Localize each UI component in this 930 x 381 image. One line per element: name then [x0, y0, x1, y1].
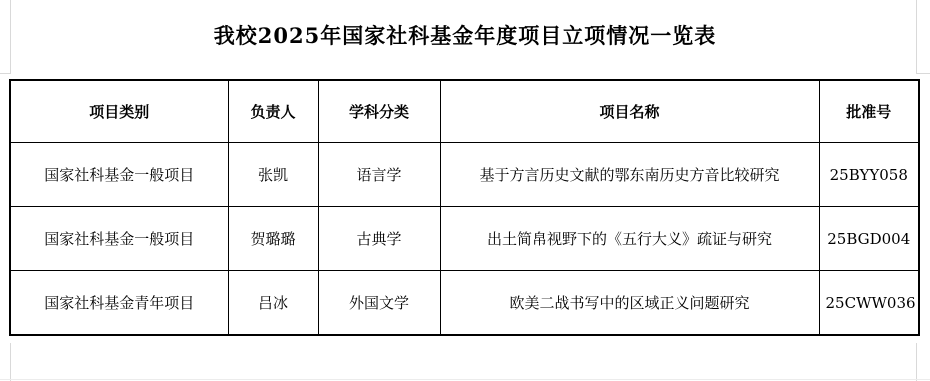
gridline [10, 343, 11, 381]
gridline [916, 343, 917, 381]
grant-projects-table: 项目类别 负责人 学科分类 项目名称 批准号 国家社科基金一般项目 张凯 语言学… [9, 79, 920, 336]
table-row: 国家社科基金一般项目 张凯 语言学 基于方言历史文献的鄂东南历史方音比较研究 2… [10, 143, 919, 207]
page-title: 我校2025年国家社科基金年度项目立项情况一览表 [0, 24, 930, 48]
table-header-row: 项目类别 负责人 学科分类 项目名称 批准号 [10, 80, 919, 143]
header-cell-project-category: 项目类别 [10, 80, 228, 143]
header-cell-leader: 负责人 [228, 80, 318, 143]
document-page: 我校2025年国家社科基金年度项目立项情况一览表 项目类别 负责人 学科分类 项… [0, 0, 930, 381]
cell-project-name: 出土简帛视野下的《五行大义》疏证与研究 [440, 207, 819, 271]
cell-project-category: 国家社科基金青年项目 [10, 271, 228, 336]
cell-approval-number: 25CWW036 [819, 271, 919, 336]
cell-project-category: 国家社科基金一般项目 [10, 143, 228, 207]
gridline [0, 379, 930, 380]
cell-project-name: 欧美二战书写中的区域正义问题研究 [440, 271, 819, 336]
cell-leader: 吕冰 [228, 271, 318, 336]
header-cell-discipline: 学科分类 [318, 80, 440, 143]
cell-approval-number: 25BYY058 [819, 143, 919, 207]
table-row: 国家社科基金青年项目 吕冰 外国文学 欧美二战书写中的区域正义问题研究 25CW… [10, 271, 919, 336]
cell-leader: 张凯 [228, 143, 318, 207]
header-cell-project-name: 项目名称 [440, 80, 819, 143]
cell-discipline: 语言学 [318, 143, 440, 207]
cell-leader: 贺璐璐 [228, 207, 318, 271]
gridline [917, 73, 930, 74]
table-row: 国家社科基金一般项目 贺璐璐 古典学 出土简帛视野下的《五行大义》疏证与研究 2… [10, 207, 919, 271]
cell-project-name: 基于方言历史文献的鄂东南历史方音比较研究 [440, 143, 819, 207]
gridline [0, 73, 10, 74]
cell-discipline: 古典学 [318, 207, 440, 271]
header-cell-approval-number: 批准号 [819, 80, 919, 143]
cell-approval-number: 25BGD004 [819, 207, 919, 271]
cell-discipline: 外国文学 [318, 271, 440, 336]
cell-project-category: 国家社科基金一般项目 [10, 207, 228, 271]
